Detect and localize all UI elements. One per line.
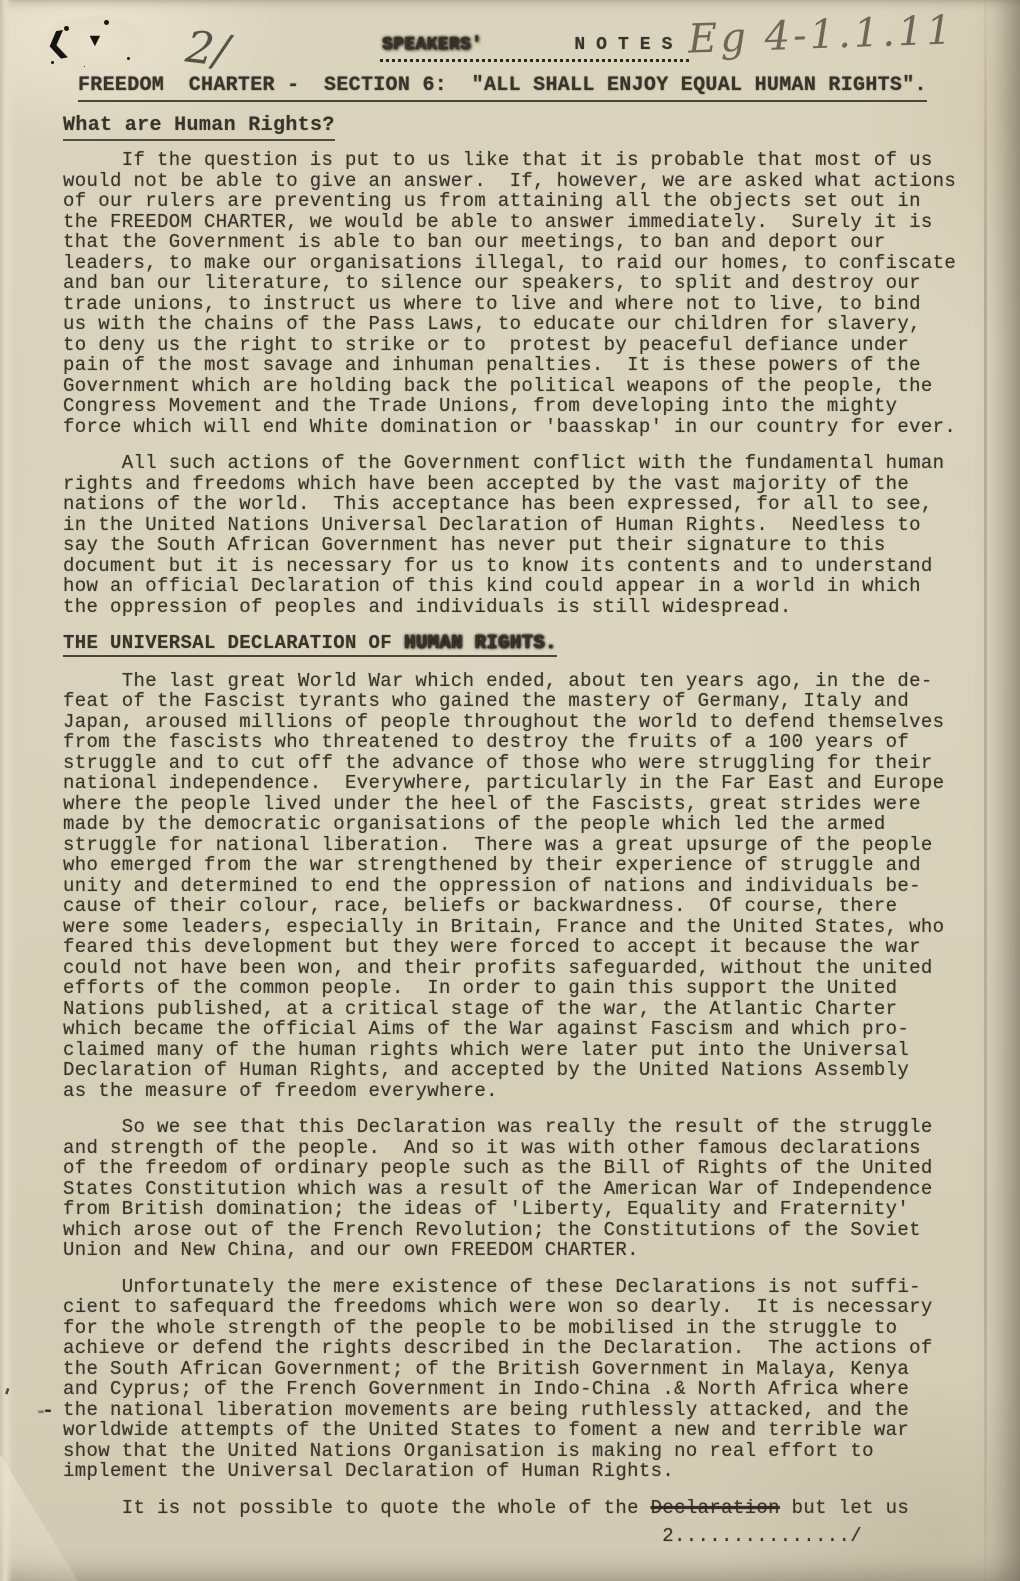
ink-mark-dots xyxy=(64,26,69,31)
page-continuation-marker: 2.............../ xyxy=(662,1526,862,1547)
section-heading-what-are-human-rights: What are Human Rights? xyxy=(63,114,335,141)
document-body: If the question is put to us like that i… xyxy=(63,150,984,1534)
ink-mark-triangle: ▼ xyxy=(86,30,104,51)
paragraph: If the question is put to us like that i… xyxy=(63,150,984,437)
closing-paragraph: It is not possible to quote the whole of… xyxy=(63,1498,984,1519)
paragraph: The last great World War which ended, ab… xyxy=(63,671,984,1102)
pencil-insertion-mark: - xyxy=(42,1402,54,1423)
section-heading-universal-declaration: THE UNIVERSAL DECLARATION OF HUMAN RIGHT… xyxy=(63,633,557,657)
paragraph: So we see that this Declaration was real… xyxy=(63,1117,984,1261)
speakers-label: SPEAKERS' xyxy=(382,34,482,56)
heading-emphasis-overstruck: HUMAN RIGHTS. xyxy=(404,632,557,654)
paragraph: All such actions of the Government confl… xyxy=(63,453,984,617)
notes-label: NOTES xyxy=(574,34,683,56)
heading-prefix: THE UNIVERSAL DECLARATION OF xyxy=(63,632,404,654)
closing-text-post: but let us xyxy=(780,1497,909,1519)
paragraph: Unfortunately the mere existence of thes… xyxy=(63,1277,984,1482)
paper-crease xyxy=(984,0,987,1581)
document-page: ❮ ▼ 2/ Eg 4-1.1.11 SPEAKERS' NOTES FREED… xyxy=(0,0,1020,1581)
handwritten-page-number: 2/ xyxy=(183,22,232,78)
ink-mark-chevron: ❮ xyxy=(43,26,71,60)
page-left-edge xyxy=(0,0,12,1581)
handwritten-archive-reference: Eg 4-1.1.11 xyxy=(687,7,955,62)
document-header: SPEAKERS' NOTES xyxy=(380,34,689,62)
torn-paper-spot: ❮ ▼ xyxy=(40,16,156,78)
struck-word: Declaration xyxy=(651,1497,780,1519)
document-title: FREEDOM CHARTER - SECTION 6: "ALL SHALL … xyxy=(78,74,927,102)
closing-text-pre: It is not possible to quote the whole of… xyxy=(63,1497,651,1519)
